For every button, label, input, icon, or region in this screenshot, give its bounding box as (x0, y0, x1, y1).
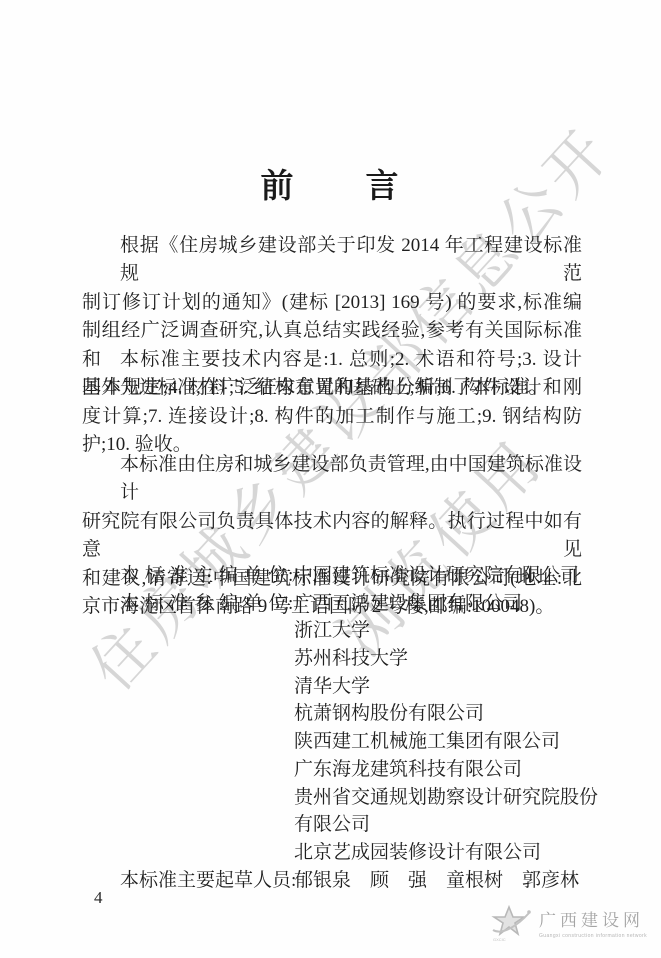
drafters-label: 本标准主要起草人员: (120, 867, 294, 895)
participating-unit: 有限公司 (294, 811, 370, 839)
paragraph-line: 根据《住房城乡建设部关于印发 2014 年工程建设标准规范 (82, 232, 582, 289)
site-logo-name: 广西建设网 (539, 906, 644, 931)
editing-units-list: 本 标 准 主 编 单 位: 中国建筑标准设计研究院有限公司 本 标 准 参 编… (82, 562, 602, 894)
site-logo: GXCIC 广西建设网 Guangxi construction informa… (489, 900, 647, 944)
participating-unit: 贵州省交通规划勘察设计研究院股份 (294, 784, 598, 812)
chief-editor-label: 本 标 准 主 编 单 位: (120, 562, 294, 590)
star-logo-icon: GXCIC (489, 900, 533, 944)
paragraph-contents: 本标准主要技术内容是:1. 总则;2. 术语和符号;3. 设计 基本规定;4. … (82, 346, 582, 460)
page-title: 前 言 (0, 160, 661, 207)
chief-editor-row: 本 标 准 主 编 单 位: 中国建筑标准设计研究院有限公司 (82, 562, 602, 590)
paragraph-line: 制订修订计划的通知》(建标 [2013] 169 号) 的要求,标准编 (82, 289, 582, 317)
participating-units-row: 本 标 准 参 编 单 位: 广西五鸿建设集团有限公司 (82, 590, 602, 618)
site-logo-tagline: Guangxi construction information network (539, 933, 647, 939)
paragraph-line: 研究院有限公司负责具体技术内容的解释。执行过程中如有意见 (82, 508, 582, 565)
drafters-value: 郁银泉 顾 强 童根树 郭彦林 (294, 867, 579, 895)
participating-units-label: 本 标 准 参 编 单 位: (120, 590, 294, 618)
participating-unit: 浙江大学 (294, 617, 370, 645)
paragraph-line: 本标准主要技术内容是:1. 总则;2. 术语和符号;3. 设计 (82, 346, 582, 374)
participating-unit: 陕西建工机械施工集团有限公司 (294, 728, 560, 756)
page-content: 前 言 根据《住房城乡建设部关于印发 2014 年工程建设标准规范 制订修订计划… (0, 0, 661, 958)
participating-unit: 北京艺成园装修设计有限公司 (294, 839, 541, 867)
participating-unit: 广西五鸿建设集团有限公司 (294, 590, 522, 618)
svg-text:GXCIC: GXCIC (493, 937, 506, 942)
participating-unit: 广东海龙建筑科技有限公司 (294, 756, 522, 784)
participating-unit: 清华大学 (294, 673, 370, 701)
paragraph-line: 基本规定;4. 材料;5. 结构布置和结构分析;6. 构件设计和刚 (82, 374, 582, 402)
site-logo-texts: 广西建设网 Guangxi construction information n… (539, 906, 647, 939)
participating-units-row: 有限公司 (82, 811, 602, 839)
paragraph-line: 本标准由住房和城乡建设部负责管理,由中国建筑标准设计 (82, 451, 582, 508)
drafters-row: 本标准主要起草人员: 郁银泉 顾 强 童根树 郭彦林 (82, 867, 602, 895)
participating-units-row: 苏州科技大学 (82, 645, 602, 673)
participating-units-row: 浙江大学 (82, 617, 602, 645)
participating-units-row: 北京艺成园装修设计有限公司 (82, 839, 602, 867)
participating-units-row: 陕西建工机械施工集团有限公司 (82, 728, 602, 756)
chief-editor-value: 中国建筑标准设计研究院有限公司 (294, 562, 579, 590)
participating-unit: 杭萧钢构股份有限公司 (294, 700, 484, 728)
participating-units-row: 广东海龙建筑科技有限公司 (82, 756, 602, 784)
participating-units-row: 贵州省交通规划勘察设计研究院股份 (82, 784, 602, 812)
participating-units-row: 清华大学 (82, 673, 602, 701)
participating-unit: 苏州科技大学 (294, 645, 408, 673)
page-number: 4 (94, 888, 103, 908)
document-page: 住房城乡建设部信息公开 浏览使用 前 言 根据《住房城乡建设部关于印发 2014… (0, 0, 661, 958)
participating-units-row: 杭萧钢构股份有限公司 (82, 700, 602, 728)
paragraph-line: 度计算;7. 连接设计;8. 构件的加工制作与施工;9. 钢结构防 (82, 403, 582, 431)
